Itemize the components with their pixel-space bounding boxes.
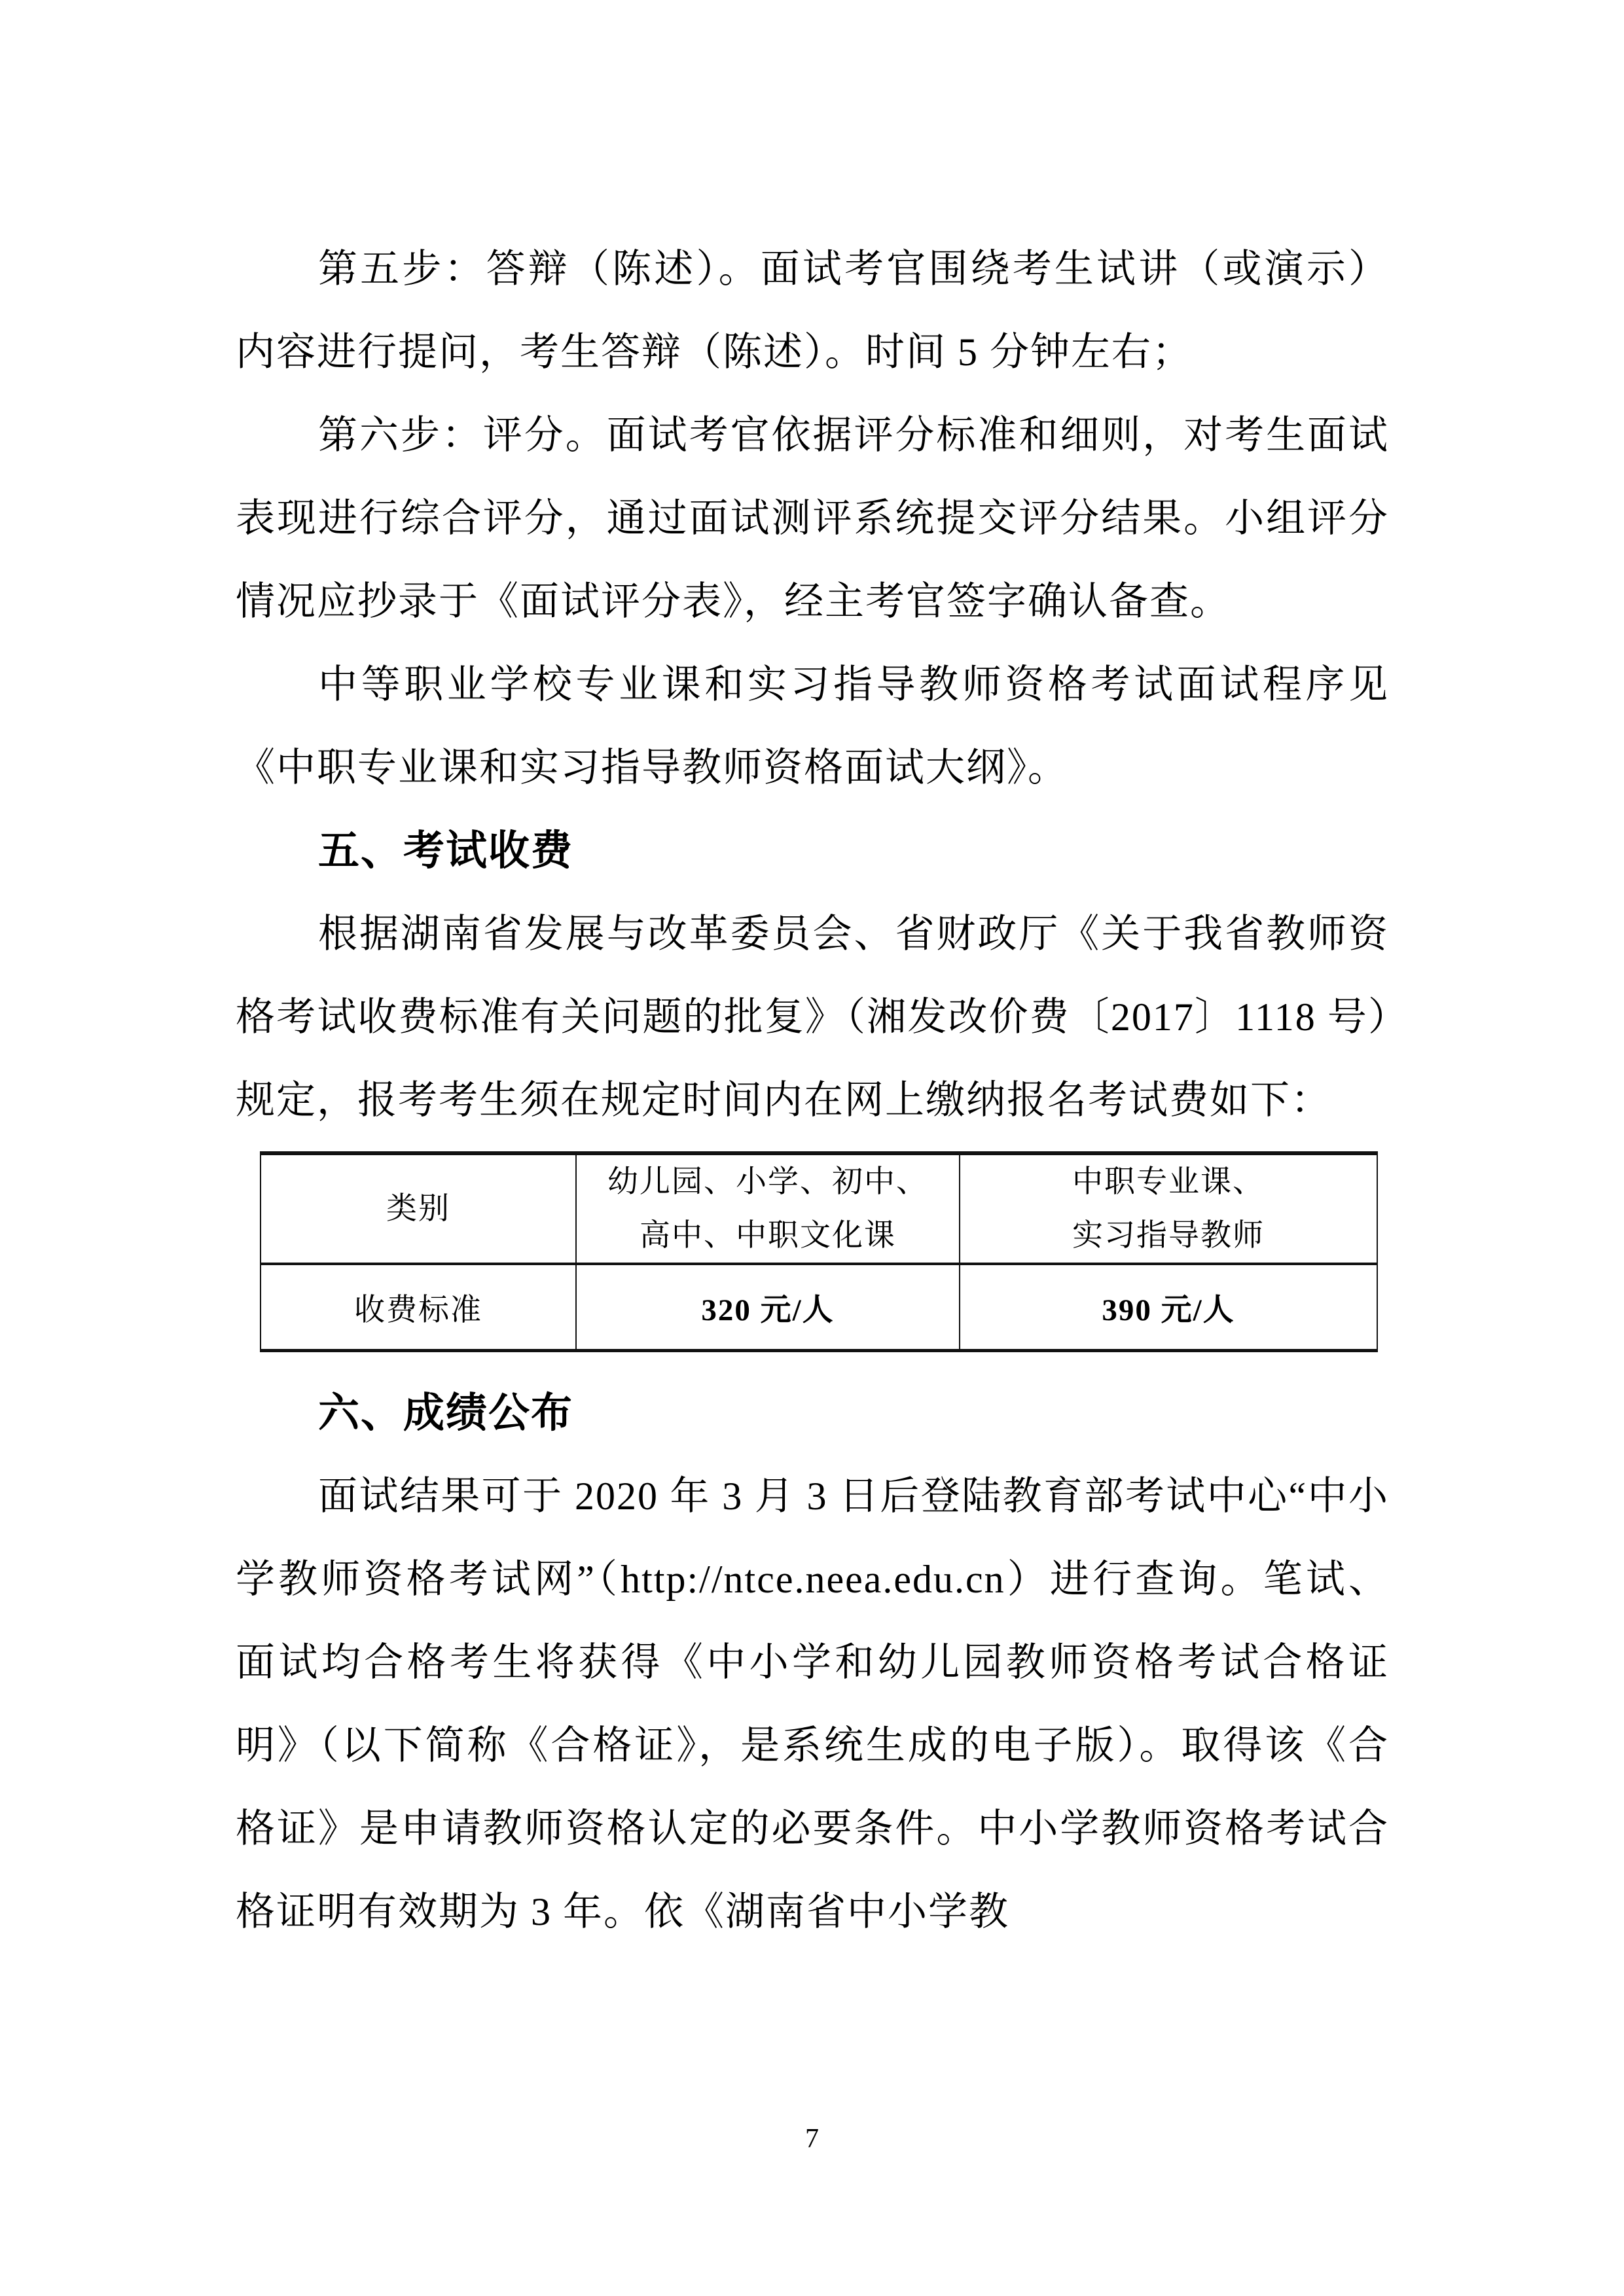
fee-table-fee-390: 390 元/人 — [960, 1264, 1377, 1351]
paragraph-step6: 第六步：评分。面试考官依据评分标准和细则，对考生面试表现进行综合评分，通过面试测… — [236, 394, 1389, 643]
fee-table-header-row: 类别 幼儿园、小学、初中、 高中、中职文化课 中职专业课、 实习指导教师 — [261, 1153, 1377, 1264]
fee-table-category-cell: 类别 — [261, 1153, 576, 1264]
document-page: 第五步：答辩（陈述）。面试考官围绕考生试讲（或演示）内容进行提问，考生答辩（陈述… — [0, 0, 1624, 2296]
fee-table-vocational-cell: 中职专业课、 实习指导教师 — [960, 1153, 1377, 1264]
fee-table: 类别 幼儿园、小学、初中、 高中、中职文化课 中职专业课、 实习指导教师 收费标… — [260, 1151, 1378, 1352]
heading-score-release: 六、成绩公布 — [236, 1372, 1389, 1455]
paragraph-step5: 第五步：答辩（陈述）。面试考官围绕考生试讲（或演示）内容进行提问，考生答辩（陈述… — [236, 228, 1389, 394]
heading-exam-fees: 五、考试收费 — [236, 810, 1389, 893]
fee-table-col2-line2: 高中、中职文化课 — [577, 1209, 959, 1263]
fee-table-standard-label: 收费标准 — [261, 1264, 576, 1351]
fee-table-kindergarten-primary-cell: 幼儿园、小学、初中、 高中、中职文化课 — [576, 1153, 960, 1264]
fee-table-col3-line2: 实习指导教师 — [960, 1209, 1377, 1263]
document-body: 第五步：答辩（陈述）。面试考官围绕考生试讲（或演示）内容进行提问，考生答辩（陈述… — [236, 228, 1389, 1954]
paragraph-midvocational: 中等职业学校专业课和实习指导教师资格考试面试程序见《中职专业课和实习指导教师资格… — [236, 643, 1389, 810]
paragraph-fee-basis: 根据湖南省发展与改革委员会、省财政厅《关于我省教师资格考试收费标准有关问题的批复… — [236, 893, 1389, 1142]
fee-table-fee-320: 320 元/人 — [576, 1264, 960, 1351]
fee-table-col3-line1: 中职专业课、 — [960, 1155, 1377, 1209]
fee-table-category-label: 类别 — [261, 1182, 575, 1236]
fee-table-standard-row: 收费标准 320 元/人 390 元/人 — [261, 1264, 1377, 1351]
page-number: 7 — [0, 2119, 1624, 2159]
paragraph-score-release: 面试结果可于 2020 年 3 月 3 日后登陆教育部考试中心“中小学教师资格考… — [236, 1455, 1389, 1954]
fee-table-col2-line1: 幼儿园、小学、初中、 — [577, 1155, 959, 1209]
